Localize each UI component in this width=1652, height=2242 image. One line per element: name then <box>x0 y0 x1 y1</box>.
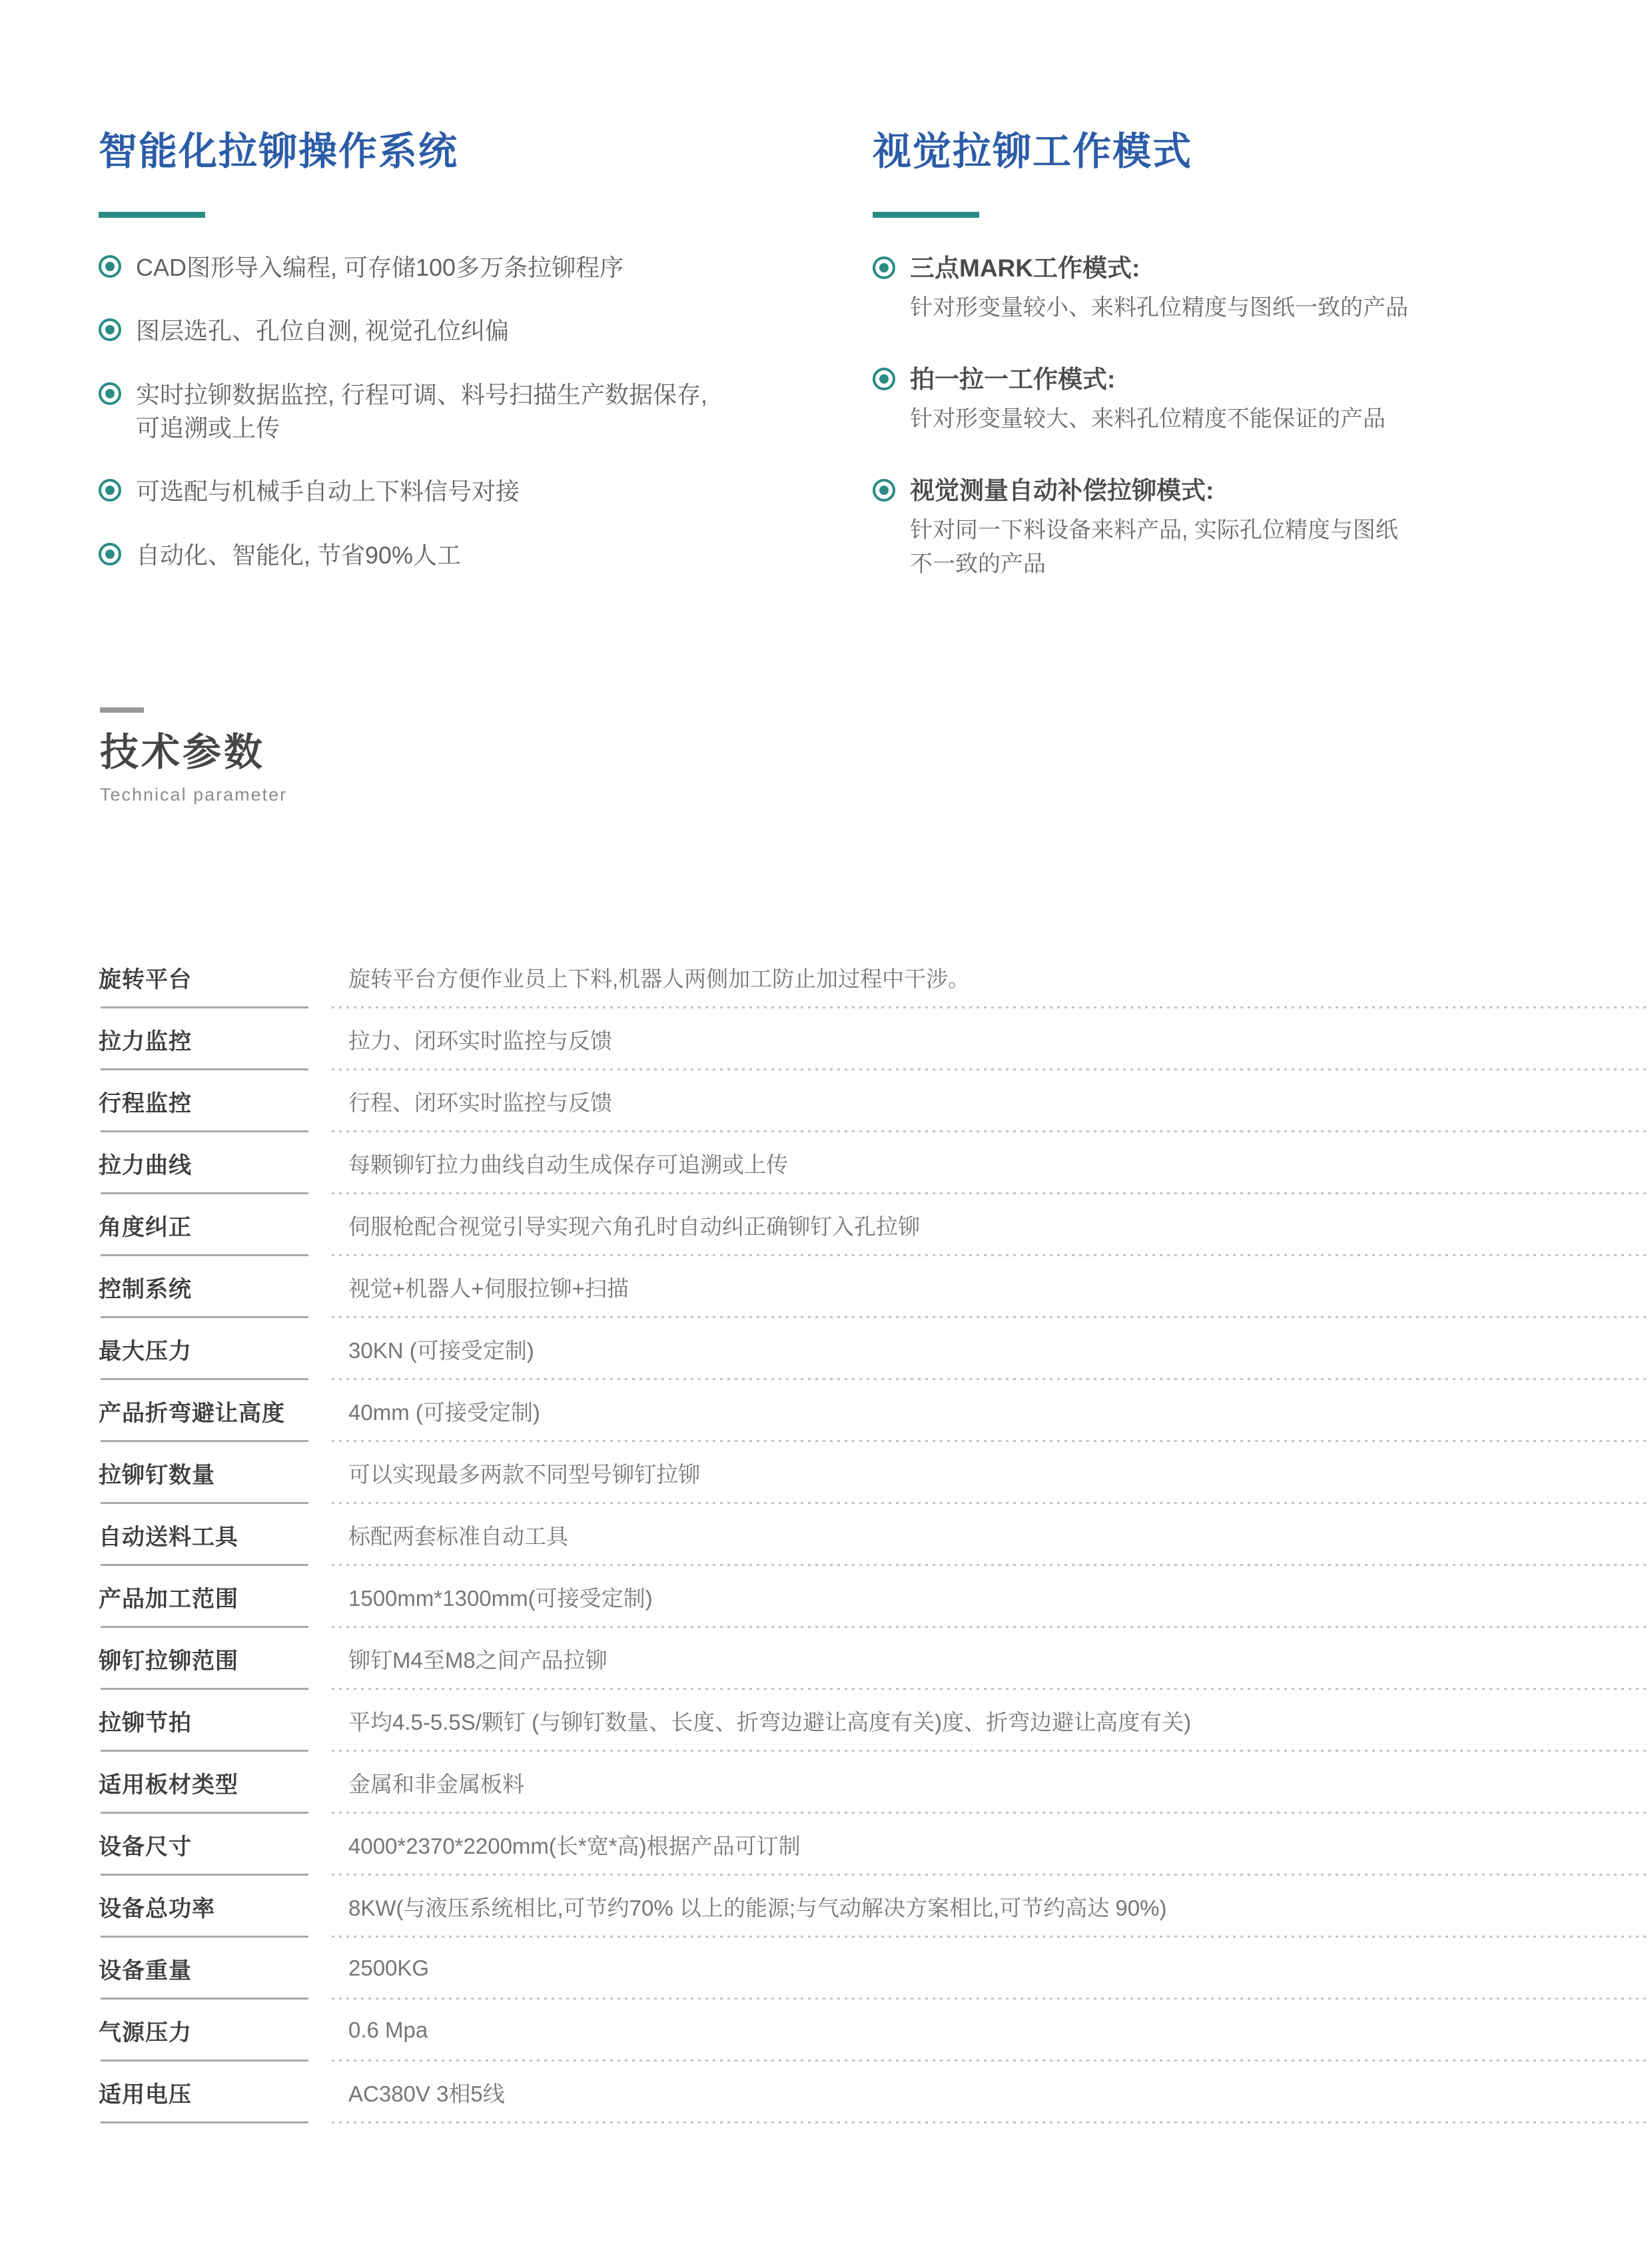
tech-parameter-subtitle: Technical parameter <box>100 785 1652 805</box>
table-row: 自动送料工具 标配两套标准自动工具 <box>99 1504 1648 1566</box>
feature-item: 实时拉铆数据监控, 行程可调、料号扫描生产数据保存, 可追溯或上传 <box>99 378 873 444</box>
parameter-name: 设备尺寸 <box>99 1828 335 1861</box>
mode-item: 拍一拉一工作模式: 针对形变量较大、来料孔位精度不能保证的产品 <box>873 364 1648 436</box>
table-row: 适用板材类型 金属和非金属板料 <box>99 1752 1648 1814</box>
parameter-value: 8KW(与液压系统相比,可节约70% 以上的能源;与气动解决方案相比,可节约高达… <box>335 1891 1648 1922</box>
parameter-name: 最大压力 <box>99 1333 335 1365</box>
parameter-name: 气源压力 <box>99 2014 335 2047</box>
parameter-name: 拉铆节拍 <box>99 1704 335 1737</box>
parameter-name: 自动送料工具 <box>99 1519 335 1551</box>
table-row: 设备总功率 8KW(与液压系统相比,可节约70% 以上的能源;与气动解决方案相比… <box>99 1876 1648 1938</box>
mode-item-description: 针对形变量较小、来料孔位精度与图纸一致的产品 <box>910 291 1408 325</box>
feature-item-text: 实时拉铆数据监控, 行程可调、料号扫描生产数据保存, 可追溯或上传 <box>136 378 707 444</box>
parameter-value: 旋转平台方便作业员上下料,机器人两侧加工防止加过程中干涉。 <box>335 962 1648 993</box>
parameter-value: 伺服枪配合视觉引导实现六角孔时自动纠正确铆钉入孔拉铆 <box>335 1210 1648 1241</box>
feature-item-text: 自动化、智能化, 节省90%人工 <box>136 539 461 572</box>
parameter-value: 1500mm*1300mm(可接受定制) <box>335 1581 1648 1613</box>
table-row: 拉力曲线 每颗铆钉拉力曲线自动生成保存可追溯或上传 <box>99 1132 1648 1194</box>
title-underline <box>99 212 205 218</box>
mode-item-description: 针对形变量较大、来料孔位精度不能保证的产品 <box>910 402 1386 436</box>
parameter-name: 产品折弯避让高度 <box>99 1395 335 1427</box>
parameter-name: 拉力监控 <box>99 1023 335 1056</box>
feature-item: 可选配与机械手自动上下料信号对接 <box>99 475 873 508</box>
brochure-page: 智能化拉铆操作系统 CAD图形导入编程, 可存储100多万条拉铆程序 图层选孔、… <box>0 0 1652 2242</box>
tech-parameter-title: 技术参数 <box>100 731 1652 774</box>
table-row: 气源压力 0.6 Mpa <box>99 2000 1648 2061</box>
parameter-name: 设备总功率 <box>99 1890 335 1923</box>
feature-item: 图层选孔、孔位自测, 视觉孔位纠偏 <box>99 314 873 348</box>
mode-item: 视觉测量自动补偿拉铆模式: 针对同一下料设备来料产品, 实际孔位精度与图纸 不一… <box>873 475 1648 581</box>
vision-modes-column: 视觉拉铆工作模式 三点MARK工作模式: 针对形变量较小、来料孔位精度与图纸一致… <box>873 130 1648 707</box>
table-row: 产品折弯避让高度 40mm (可接受定制) <box>99 1380 1648 1442</box>
table-row: 拉铆钉数量 可以实现最多两款不同型号铆钉拉铆 <box>99 1442 1648 1504</box>
smart-riveting-title: 智能化拉铆操作系统 <box>99 130 873 175</box>
parameter-value: 行程、闭环实时监控与反馈 <box>335 1086 1648 1117</box>
table-row: 设备重量 2500KG <box>99 1938 1648 2000</box>
section-dash <box>100 707 144 713</box>
feature-item-text: 图层选孔、孔位自测, 视觉孔位纠偏 <box>136 314 509 348</box>
feature-section: 智能化拉铆操作系统 CAD图形导入编程, 可存储100多万条拉铆程序 图层选孔、… <box>0 0 1652 707</box>
mode-item-body: 三点MARK工作模式: 针对形变量较小、来料孔位精度与图纸一致的产品 <box>910 252 1408 325</box>
parameter-name: 旋转平台 <box>99 961 335 994</box>
parameter-value: 0.6 Mpa <box>335 2018 1648 2043</box>
parameter-value: 可以实现最多两款不同型号铆钉拉铆 <box>335 1457 1648 1489</box>
feature-item-text: 可选配与机械手自动上下料信号对接 <box>136 475 520 508</box>
parameter-name: 适用电压 <box>99 2076 335 2109</box>
title-underline <box>873 212 979 218</box>
tech-parameter-header: 技术参数 Technical parameter <box>0 707 1652 805</box>
parameter-name: 铆钉拉铆范围 <box>99 1643 335 1675</box>
bullseye-bullet-icon <box>99 318 121 341</box>
mode-item-description: 针对同一下料设备来料产品, 实际孔位精度与图纸 不一致的产品 <box>910 514 1398 581</box>
mode-item-heading: 三点MARK工作模式: <box>910 252 1408 284</box>
table-row: 控制系统 视觉+机器人+伺服拉铆+扫描 <box>99 1256 1648 1318</box>
parameter-value: 铆钉M4至M8之间产品拉铆 <box>335 1643 1648 1675</box>
table-row: 拉力监控 拉力、闭环实时监控与反馈 <box>99 1008 1648 1070</box>
mode-item-heading: 视觉测量自动补偿拉铆模式: <box>910 475 1398 507</box>
feature-list: CAD图形导入编程, 可存储100多万条拉铆程序 图层选孔、孔位自测, 视觉孔位… <box>99 251 873 572</box>
bullseye-bullet-icon <box>873 368 895 390</box>
parameter-name: 控制系统 <box>99 1271 335 1304</box>
parameter-table: 旋转平台 旋转平台方便作业员上下料,机器人两侧加工防止加过程中干涉。 拉力监控 … <box>0 946 1652 2123</box>
feature-item-text: CAD图形导入编程, 可存储100多万条拉铆程序 <box>136 251 623 284</box>
bullseye-bullet-icon <box>99 255 121 278</box>
parameter-name: 角度纠正 <box>99 1209 335 1242</box>
parameter-value: 拉力、闭环实时监控与反馈 <box>335 1024 1648 1055</box>
table-row: 铆钉拉铆范围 铆钉M4至M8之间产品拉铆 <box>99 1628 1648 1690</box>
parameter-value: 40mm (可接受定制) <box>335 1395 1648 1427</box>
table-row: 行程监控 行程、闭环实时监控与反馈 <box>99 1070 1648 1132</box>
bullseye-bullet-icon <box>99 479 121 502</box>
feature-item: 自动化、智能化, 节省90%人工 <box>99 539 873 572</box>
table-row: 旋转平台 旋转平台方便作业员上下料,机器人两侧加工防止加过程中干涉。 <box>99 946 1648 1008</box>
mode-item-body: 视觉测量自动补偿拉铆模式: 针对同一下料设备来料产品, 实际孔位精度与图纸 不一… <box>910 475 1398 581</box>
bullseye-bullet-icon <box>873 479 895 502</box>
parameter-value: AC380V 3相5线 <box>335 2077 1648 2108</box>
mode-item: 三点MARK工作模式: 针对形变量较小、来料孔位精度与图纸一致的产品 <box>873 252 1648 325</box>
parameter-value: 每颗铆钉拉力曲线自动生成保存可追溯或上传 <box>335 1148 1648 1179</box>
bullseye-bullet-icon <box>873 256 895 279</box>
parameter-name: 适用板材类型 <box>99 1766 335 1799</box>
mode-list: 三点MARK工作模式: 针对形变量较小、来料孔位精度与图纸一致的产品 拍一拉一工… <box>873 252 1648 581</box>
parameter-name: 拉铆钉数量 <box>99 1457 335 1489</box>
table-row: 角度纠正 伺服枪配合视觉引导实现六角孔时自动纠正确铆钉入孔拉铆 <box>99 1194 1648 1256</box>
parameter-value: 2500KG <box>335 1956 1648 1981</box>
vision-modes-title: 视觉拉铆工作模式 <box>873 130 1648 175</box>
parameter-name: 设备重量 <box>99 1952 335 1985</box>
table-row: 设备尺寸 4000*2370*2200mm(长*宽*高)根据产品可订制 <box>99 1814 1648 1876</box>
mode-item-body: 拍一拉一工作模式: 针对形变量较大、来料孔位精度不能保证的产品 <box>910 364 1386 436</box>
parameter-name: 拉力曲线 <box>99 1147 335 1180</box>
parameter-value: 标配两套标准自动工具 <box>335 1519 1648 1551</box>
parameter-value: 平均4.5-5.5S/颗钉 (与铆钉数量、长度、折弯边避让高度有关)度、折弯边避… <box>335 1705 1648 1736</box>
table-row: 最大压力 30KN (可接受定制) <box>99 1318 1648 1380</box>
mode-item-heading: 拍一拉一工作模式: <box>910 364 1386 396</box>
table-row: 适用电压 AC380V 3相5线 <box>99 2061 1648 2123</box>
parameter-name: 行程监控 <box>99 1085 335 1118</box>
smart-riveting-column: 智能化拉铆操作系统 CAD图形导入编程, 可存储100多万条拉铆程序 图层选孔、… <box>99 130 873 707</box>
parameter-value: 金属和非金属板料 <box>335 1767 1648 1798</box>
parameter-name: 产品加工范围 <box>99 1581 335 1613</box>
bullseye-bullet-icon <box>99 543 121 565</box>
parameter-value: 视觉+机器人+伺服拉铆+扫描 <box>335 1272 1648 1303</box>
table-row: 产品加工范围 1500mm*1300mm(可接受定制) <box>99 1566 1648 1628</box>
parameter-value: 30KN (可接受定制) <box>335 1333 1648 1365</box>
table-row: 拉铆节拍 平均4.5-5.5S/颗钉 (与铆钉数量、长度、折弯边避让高度有关)度… <box>99 1690 1648 1752</box>
parameter-value: 4000*2370*2200mm(长*宽*高)根据产品可订制 <box>335 1829 1648 1860</box>
bullseye-bullet-icon <box>99 382 121 405</box>
feature-item: CAD图形导入编程, 可存储100多万条拉铆程序 <box>99 251 873 284</box>
